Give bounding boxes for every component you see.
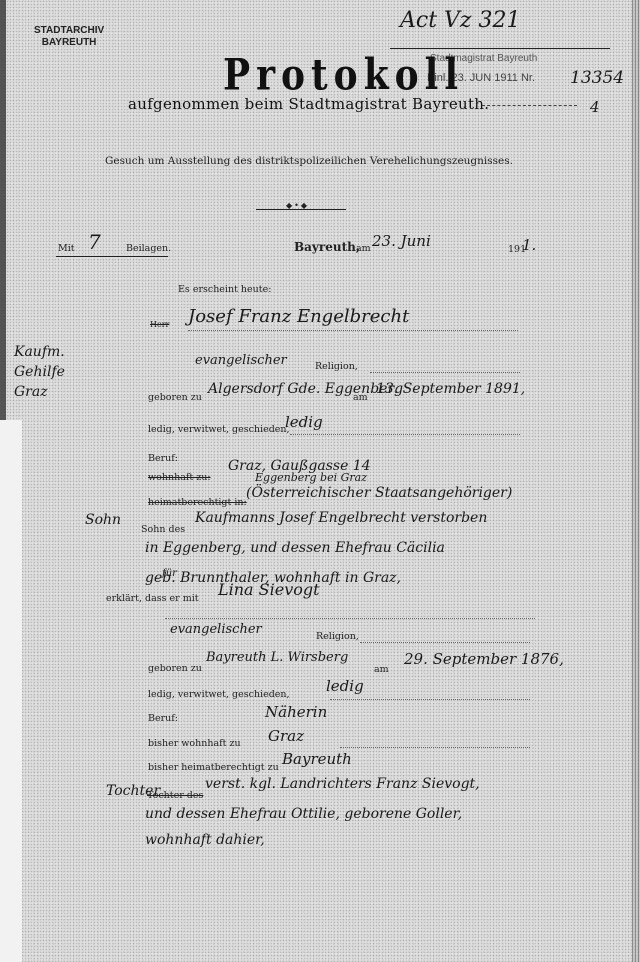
bride-religion: evangelischer [170,622,262,637]
bride-home-right: Bayreuth [282,750,352,768]
groom-occupation-label: Beruf: [148,453,178,464]
archive-stamp-line1: STADTARCHIV [34,25,104,37]
date-am-label: am [356,243,371,254]
attachments-prefix: Mit [58,243,75,254]
handwritten-reference: Act Vz 321 [400,8,521,33]
herr-label: Herr [150,320,169,329]
archive-stamp: STADTARCHIV BAYREUTH [34,25,104,49]
bride-residence: Graz [268,727,304,745]
received-stamp-subnumber: 4 [590,98,600,116]
groom-parent-margin: Sohn [85,512,121,528]
bride-birthplace: Bayreuth L. Wirsberg [206,650,348,665]
bride-religion-label: Religion, [316,631,359,642]
fill-line [370,372,520,373]
fill-line [330,699,530,700]
groom-status-label: ledig, verwitwet, geschieden, [148,424,290,435]
bride-parents-line3: wohnhaft dahier, [145,832,265,848]
declares-label: erklärt, dass er mit [106,593,199,604]
groom-status: ledig [285,413,323,431]
bride-birthdate: 29. September 1876, [404,650,564,668]
groom-parents-line2: in Eggenberg, und dessen Ehefrau Cäcilia [145,540,445,556]
bride-status-label: ledig, verwitwet, geschieden, [148,689,290,700]
fill-line [188,330,518,331]
bride-occupation: Näherin [265,703,327,721]
date-handwritten: 23. Juni [372,232,431,250]
groom-born-am-label: am [353,392,368,403]
groom-name: Josef Franz Engelbrecht [188,306,409,327]
groom-margin-note: Kaufm. Gehilfe Graz [14,342,74,402]
document-page: STADTARCHIV BAYREUTH Act Vz 321 Stadtmag… [0,0,640,962]
bride-name: Lina Sievogt [218,580,320,599]
bride-for-note: für [162,568,177,579]
bride-residence-label: bisher wohnhaft zu [148,738,241,749]
archive-stamp-line2: BAYREUTH [34,37,104,49]
request-heading: Gesuch um Ausstellung des distriktspoliz… [105,155,513,167]
scan-margin-left [0,420,22,962]
son-of-label: Sohn des [141,524,185,535]
scan-edge-right [632,0,640,962]
groom-residence-label: wohnhaft zu: [148,472,211,483]
year-suffix: 1. [522,236,536,254]
document-subtitle: aufgenommen beim Stadtmagistrat Bayreuth… [128,95,489,113]
appears-label: Es erscheint heute: [178,284,271,295]
subtitle-dash-line [482,105,577,106]
bride-occupation-label: Beruf: [148,713,178,724]
bride-parents-line2: und dessen Ehefrau Ottilie, geborene Gol… [145,806,462,822]
received-stamp-number: 13354 [570,68,624,88]
fill-line [340,747,530,748]
bride-parents-line1: verst. kgl. Landrichters Franz Sievogt, [205,776,480,792]
bride-born-am-label: am [374,664,389,675]
groom-home-right-label: heimatberechtigt in: [148,497,247,508]
groom-born-label: geboren zu [148,392,202,403]
groom-home-right: (Österreichischer Staatsangehöriger) [246,485,512,501]
fill-line [360,642,530,643]
daughter-of-label: Tochter des [147,790,203,801]
reference-underline [390,48,610,49]
groom-birthdate: 13. September 1891, [376,381,525,397]
groom-residence-extra: Eggenberg bei Graz [255,471,367,484]
attachments-underline [56,256,168,257]
ornament-divider [256,206,346,214]
groom-parents-line1: Kaufmanns Josef Engelbrecht verstorben [195,510,487,526]
groom-religion: evangelischer [195,353,287,368]
groom-religion-label: Religion, [315,361,358,372]
fill-line [290,434,520,435]
bride-status: ledig [326,677,364,695]
date-place: Bayreuth, [294,240,360,254]
fill-line [165,618,535,619]
document-title: Protokoll [223,50,464,100]
attachments-suffix: Beilagen. [126,243,171,254]
bride-home-right-label: bisher heimatberechtigt zu [148,762,279,773]
scan-edge-left [0,0,6,420]
groom-birthplace: Algersdorf Gde. Eggenberg [208,381,403,397]
attachments-count: 7 [88,230,101,254]
bride-born-label: geboren zu [148,663,202,674]
